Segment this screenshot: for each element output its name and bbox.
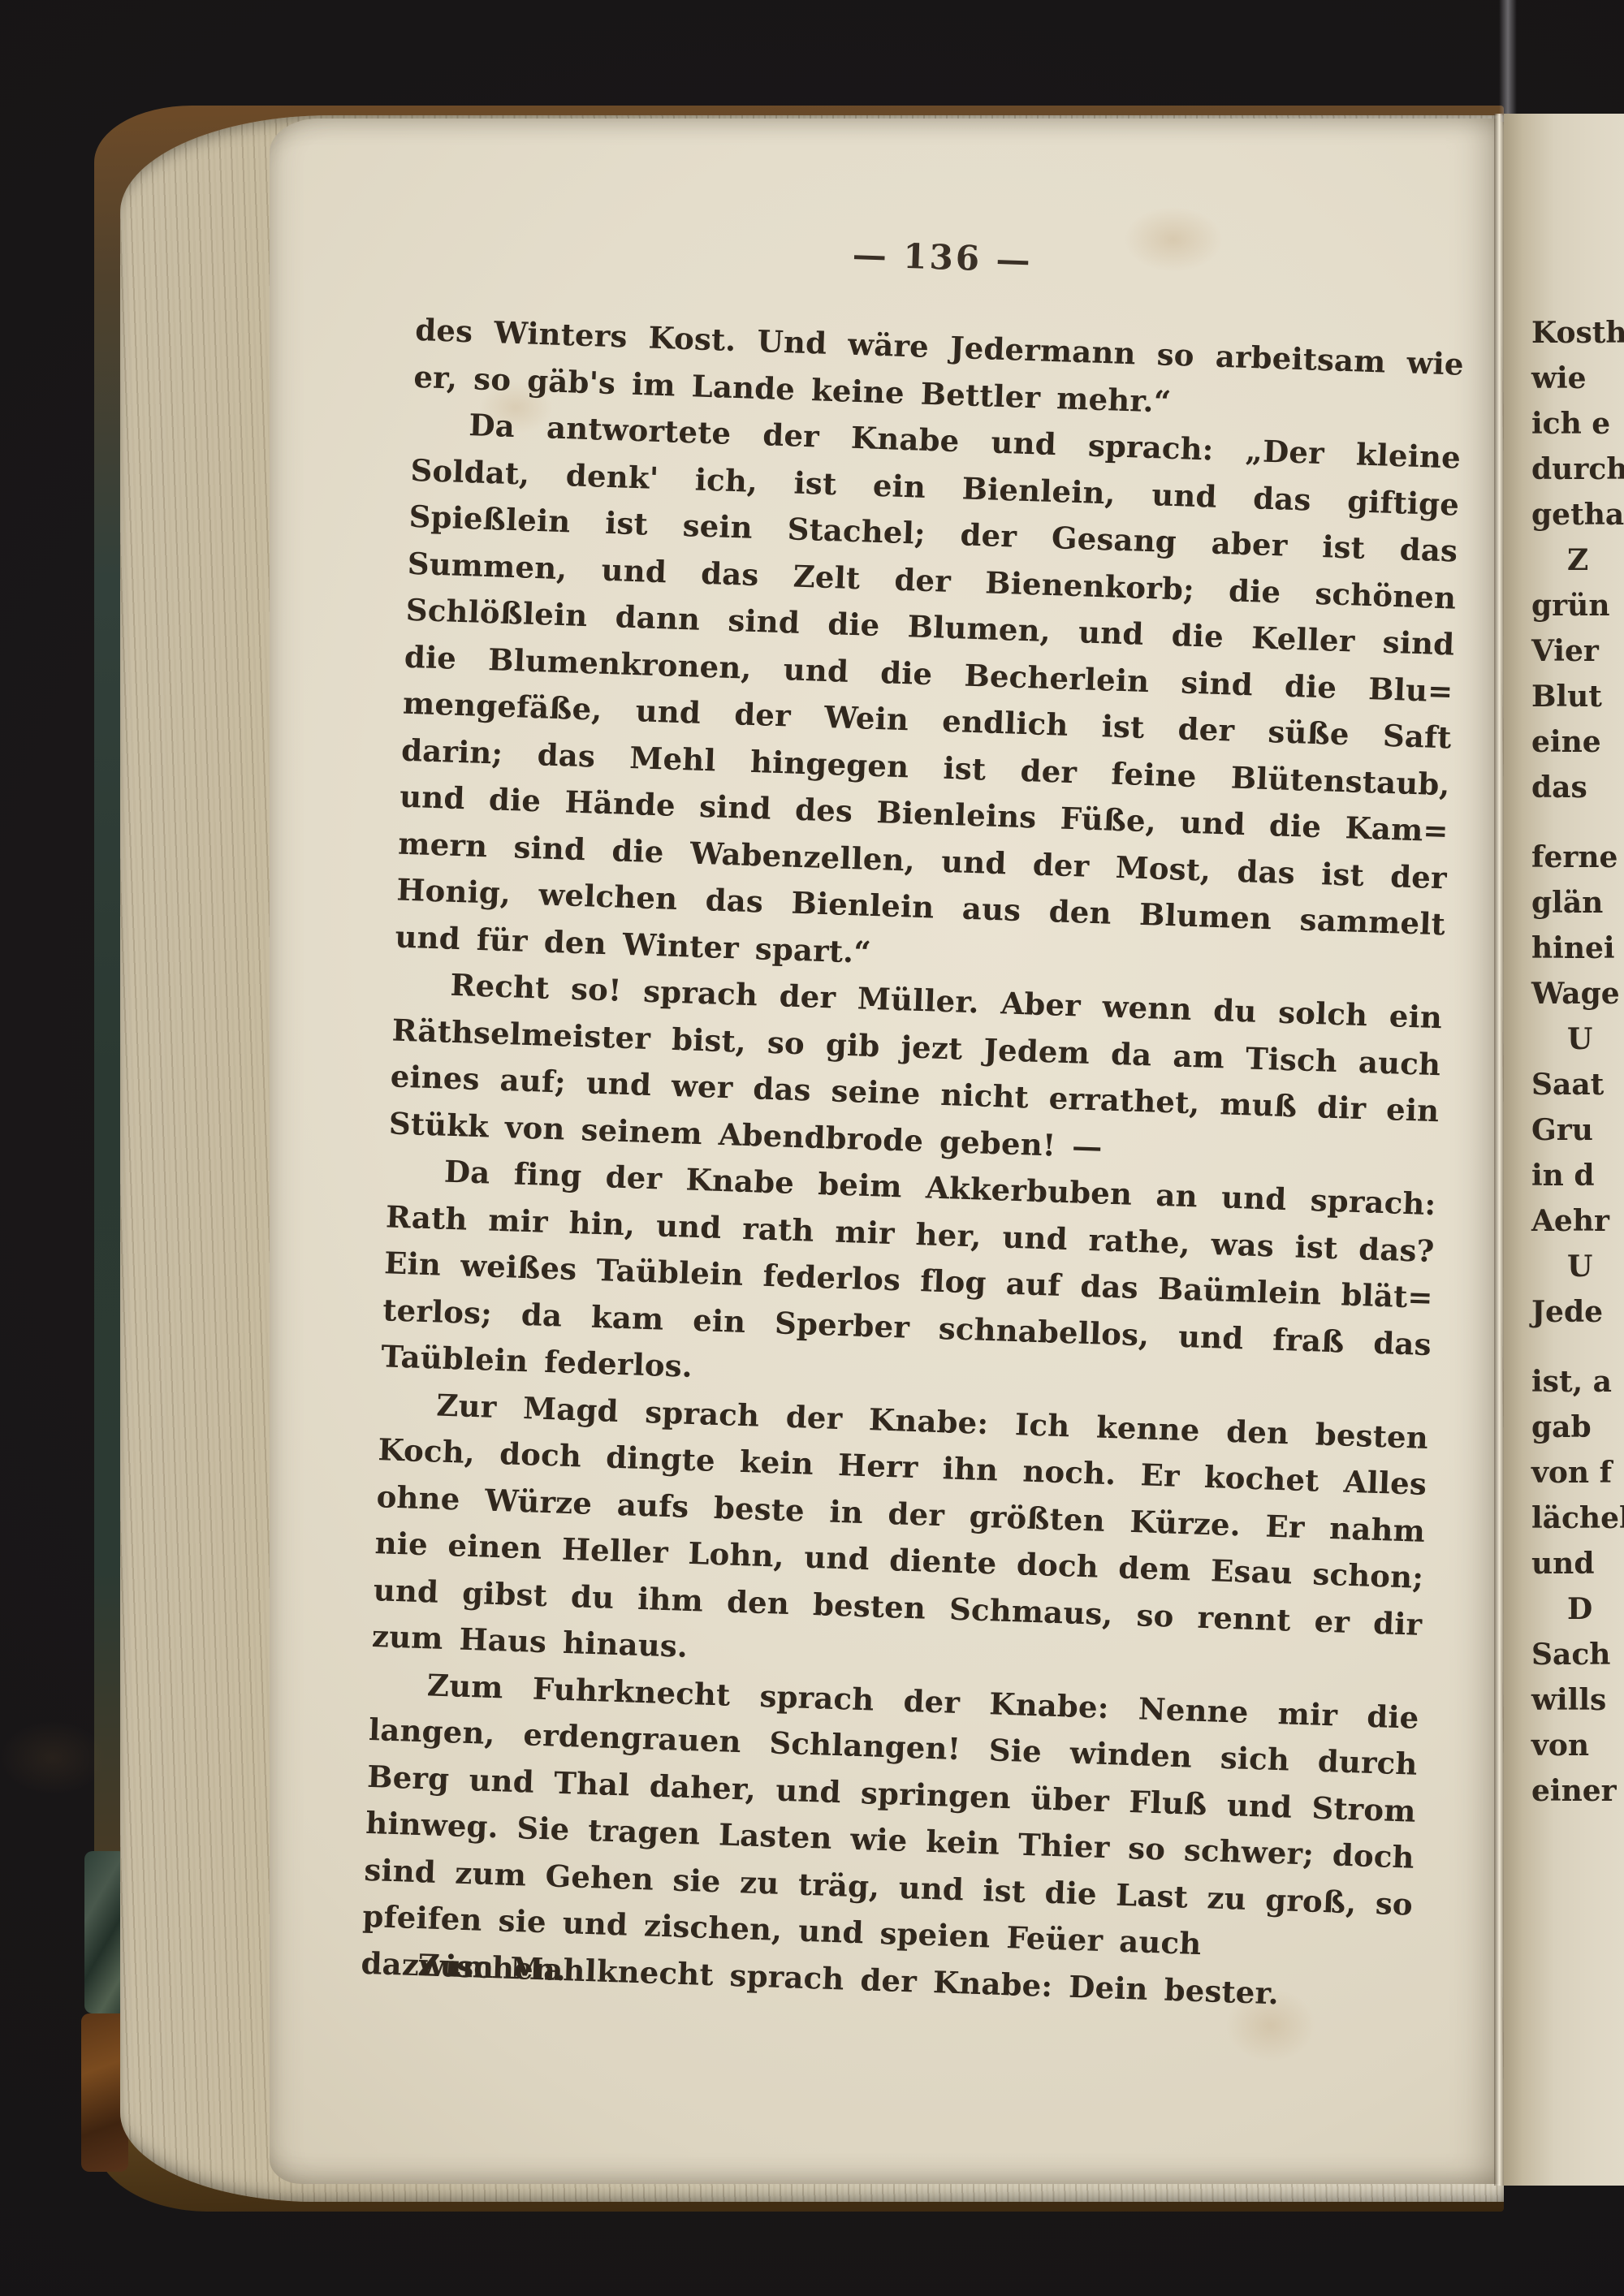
page-body-text: des Winters Kost. Und wäre Jedermann so … bbox=[361, 307, 1465, 2022]
right-page-line-fragment: Z bbox=[1531, 537, 1624, 583]
glare-streak bbox=[1499, 0, 1517, 122]
text-block: — 136 — des Winters Kost. Und wäre Jeder… bbox=[361, 218, 1468, 2022]
right-page-line-fragment: in d bbox=[1531, 1153, 1624, 1198]
right-page-line-fragment: wills bbox=[1531, 1677, 1624, 1723]
right-page-line-fragment: Sach bbox=[1531, 1632, 1624, 1677]
right-page-line-fragment: von bbox=[1531, 1723, 1624, 1768]
book-scan-photo: — 136 — des Winters Kost. Und wäre Jeder… bbox=[0, 0, 1624, 2296]
right-page-line-fragment: U bbox=[1531, 1016, 1624, 1062]
right-page-line-fragment: Vier bbox=[1531, 628, 1624, 674]
right-page-text-fragments: Kosthwieich edurchgethaZgrünVierBluteine… bbox=[1531, 310, 1624, 1814]
right-page-line-fragment: ist, a bbox=[1531, 1359, 1624, 1405]
right-page-line-fragment: glän bbox=[1531, 880, 1624, 926]
right-page-line-fragment: wie bbox=[1531, 356, 1624, 401]
right-page-line-fragment: lächel bbox=[1531, 1495, 1624, 1541]
right-page-line-fragment: grün bbox=[1531, 583, 1624, 628]
right-page-line-fragment: das bbox=[1531, 765, 1624, 810]
right-page-line-fragment: durch bbox=[1531, 447, 1624, 492]
right-page-line-fragment: und bbox=[1531, 1541, 1624, 1586]
right-page-line-fragment: ich e bbox=[1531, 401, 1624, 447]
right-page-line-fragment: Wage bbox=[1531, 971, 1624, 1016]
right-page-line-fragment: Aehr bbox=[1531, 1198, 1624, 1244]
right-page-line-fragment: gab bbox=[1531, 1405, 1624, 1450]
right-page-line-fragment: U bbox=[1531, 1244, 1624, 1289]
right-page-line-fragment: hinei bbox=[1531, 926, 1624, 971]
right-page-line-fragment: Kosth bbox=[1531, 310, 1624, 356]
right-page-line-fragment: ferne bbox=[1531, 835, 1624, 880]
right-page-line-fragment: Jede bbox=[1531, 1289, 1624, 1335]
right-page-line-fragment: eine bbox=[1531, 719, 1624, 765]
right-page-line-fragment: Gru bbox=[1531, 1107, 1624, 1153]
right-page-line-fragment: von f bbox=[1531, 1450, 1624, 1495]
page-edge-highlight bbox=[1494, 114, 1504, 2186]
right-page-line-fragment: Blut bbox=[1531, 674, 1624, 719]
right-page-line-fragment: D bbox=[1531, 1586, 1624, 1632]
right-page-line-fragment: Saat bbox=[1531, 1062, 1624, 1107]
paper-stain bbox=[0, 1721, 106, 1794]
right-page-line-fragment: getha bbox=[1531, 492, 1624, 537]
right-page-line-fragment: einer bbox=[1531, 1768, 1624, 1814]
